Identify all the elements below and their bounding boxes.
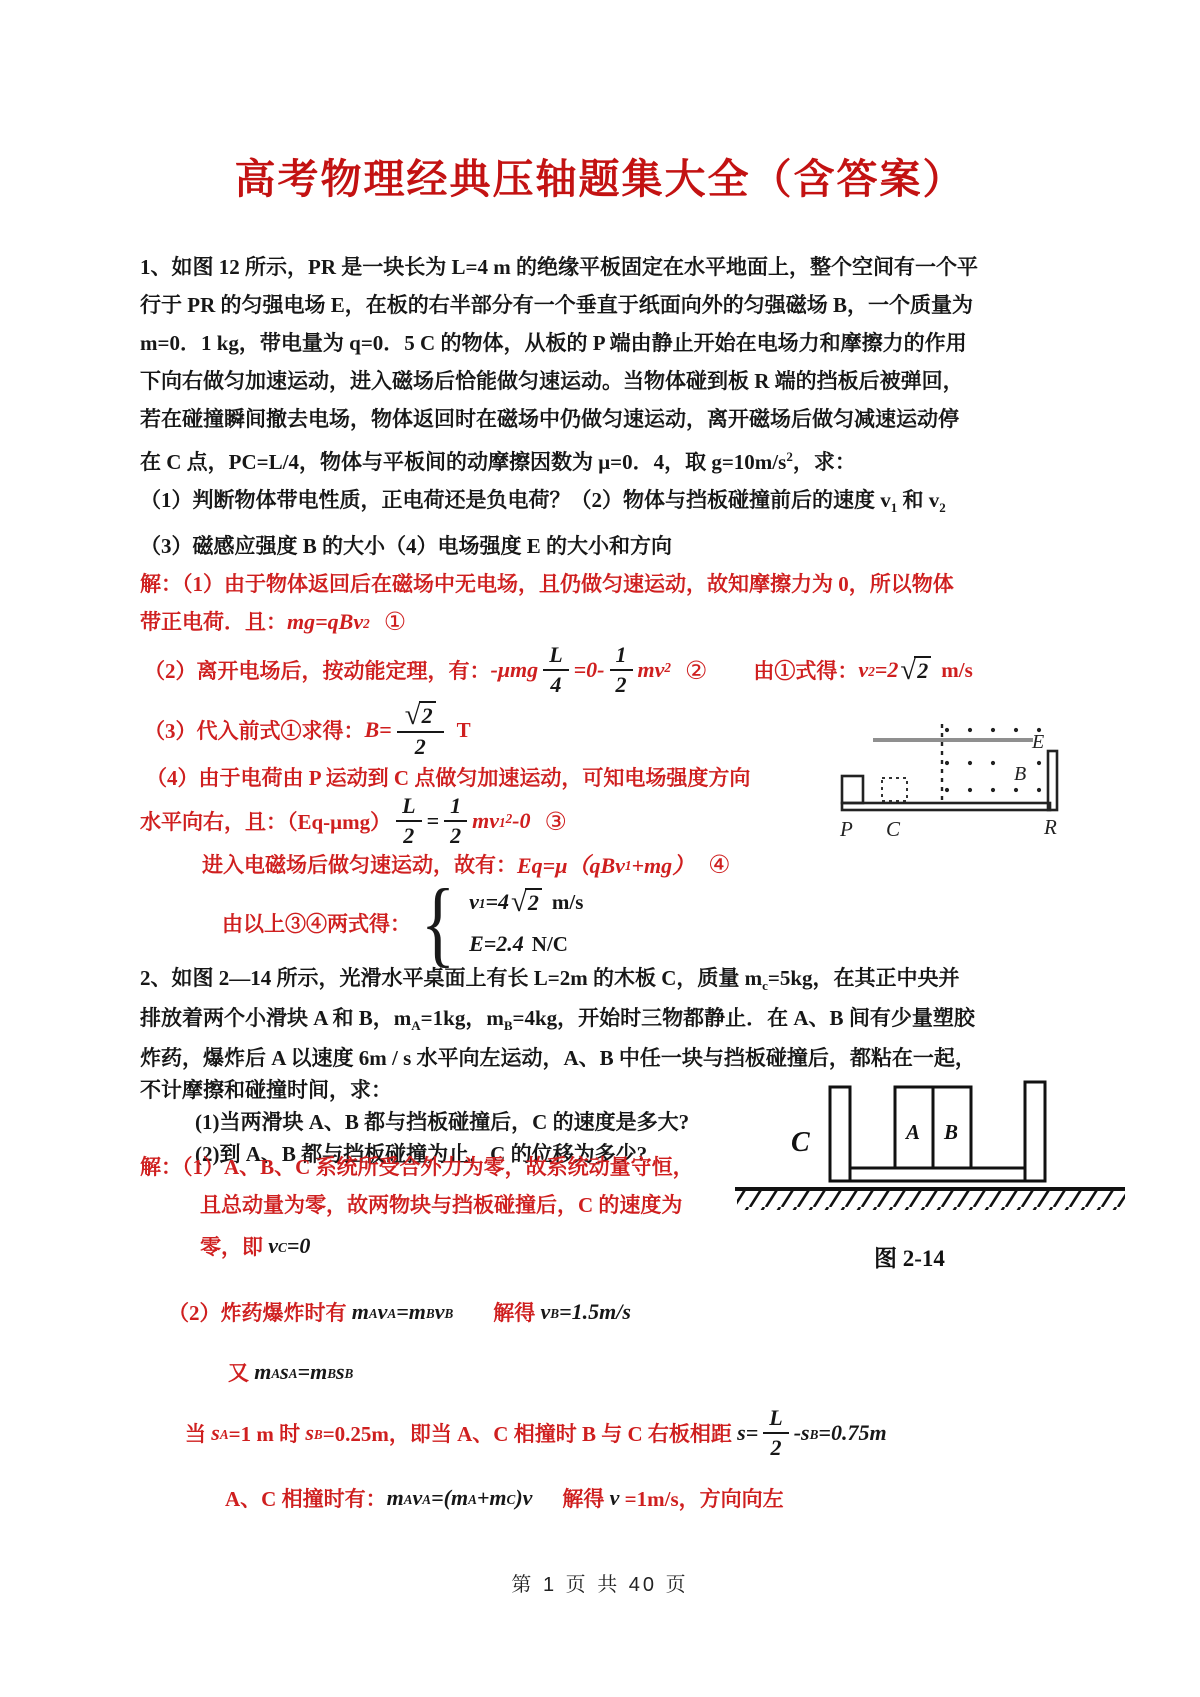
statement-line: 排放着两个小滑块 A 和 B，mA=1kg，mB=4kg，开始时三物都静止．在 … (140, 1002, 1075, 1042)
fraction: √22 (392, 701, 449, 760)
cart-c-left-wall (830, 1087, 850, 1181)
statement-line: 行于 PR 的匀强电场 E，在板的右半部分有一个垂直于纸面向外的匀强磁场 B，一… (140, 286, 1075, 324)
page-footer: 第 1 页 共 40 页 (0, 1568, 1200, 1597)
magnetic-field-dots (945, 728, 1041, 792)
unit: T (457, 718, 471, 743)
baffle-wall (1048, 751, 1057, 810)
problem-1-section: 1、如图 12 所示，PR 是一块长为 L=4 m 的绝缘平板固定在水平地面上，… (140, 248, 1075, 965)
equation: mAvA=(mA+mC)v (387, 1485, 533, 1511)
solution-line: 进入电磁场后做匀速运动，故有：Eq=μ（qBv1+mg）④ (202, 847, 1075, 881)
equation: sA (211, 1420, 228, 1446)
text-segment: 由以上③④两式得： (222, 908, 411, 938)
text-segment: 又 (228, 1357, 254, 1387)
solution-line: 解：（1）由于物体返回后在磁场中无电场，且仍做匀速运动，故知摩擦力为 0，所以物… (140, 565, 1075, 603)
fig1-label-R: R (1043, 815, 1057, 839)
equation-number: ① (384, 603, 406, 641)
equation: mv2 (638, 657, 671, 683)
unit: N/C (532, 932, 568, 957)
equation: sB (305, 1420, 322, 1446)
solution-line: 当 sA=1 m 时 sB=0.25m，即当 A、C 相撞时 B 与 C 右板相… (185, 1404, 1075, 1462)
text-segment: 当 (185, 1418, 211, 1448)
equation-system: 由以上③④两式得： { v1=4√2m/s E=2.4N/C (222, 881, 1075, 965)
fraction: 12 (605, 643, 638, 697)
figure-problem-2: C A B (733, 1075, 1133, 1215)
insulating-plate (842, 803, 1050, 810)
text-segment: =1 m 时 (229, 1418, 306, 1448)
equation: s=L2-sB=0.75m (737, 1406, 886, 1460)
statement-line: 炸药，爆炸后 A 以速度 6m / s 水平向左运动，A、B 中任一块与挡板碰撞… (140, 1042, 1075, 1074)
equation: v (610, 1485, 620, 1511)
ground-hatching (737, 1190, 1125, 1210)
solution-line: 又 mAsA=mBsB (228, 1350, 1075, 1394)
equation: Eq=μ（qBv1+mg） (517, 849, 694, 880)
unit: m/s (552, 890, 584, 915)
solution-line: A、C 相撞时有：mAvA=(mA+mC)v解得 v =1m/s，方向向左 (225, 1476, 1075, 1520)
fig2-label-A: A (904, 1120, 920, 1144)
text-segment: 解得 (562, 1483, 609, 1513)
text-segment: =1m/s，方向向左 (619, 1483, 783, 1513)
equation: mv12-0 (472, 808, 530, 834)
cart-c-bottom (830, 1168, 1045, 1181)
document-page: 高考物理经典压轴题集大全（含答案） 1、如图 12 所示，PR 是一块长为 L=… (0, 0, 1200, 1697)
page-title: 高考物理经典压轴题集大全（含答案） (0, 146, 1200, 205)
fig1-label-C: C (886, 817, 901, 841)
text-segment: 带正电荷．且： (140, 603, 287, 641)
equation: vB=1.5m/s (541, 1299, 631, 1325)
object-block (842, 776, 863, 803)
equation: mAvA=mBvB (352, 1299, 454, 1325)
statement-line: 若在碰撞瞬间撤去电场，物体返回时在磁场中仍做匀速运动，离开磁场后做匀减速运动停 (140, 400, 1075, 438)
text-segment: 解得 (493, 1297, 540, 1327)
statement-line: （1）判断物体带电性质，正电荷还是负电荷？（2）物体与挡板碰撞前后的速度 v1 … (140, 481, 1075, 527)
equation: mAsA=mBsB (254, 1359, 353, 1385)
text-segment: =0.25m，即当 A、C 相撞时 B 与 C 右板相距 (323, 1418, 737, 1448)
equation: v1=4√2 (469, 888, 544, 917)
text-segment: A、C 相撞时有： (225, 1483, 387, 1513)
fraction: L4 (538, 643, 573, 697)
equation: E=2.4 (469, 931, 524, 957)
fig2-label-C: C (791, 1127, 810, 1158)
equation: B= (365, 717, 392, 743)
statement-line: 1、如图 12 所示，PR 是一块长为 L=4 m 的绝缘平板固定在水平地面上，… (140, 248, 1075, 286)
equation: =0- (574, 657, 605, 683)
text-segment: （3）代入前式①求得： (144, 715, 365, 745)
statement-line: （3）磁感应强度 B 的大小（4）电场强度 E 的大小和方向 (140, 527, 1075, 565)
text-segment: （2）炸药爆炸时有 (168, 1297, 352, 1327)
text-segment: 进入电磁场后做匀速运动，故有： (202, 849, 517, 879)
statement-line: 2、如图 2—14 所示，光滑水平桌面上有长 L=2m 的木板 C，质量 mc=… (140, 962, 1075, 1002)
text-segment: 水平向右，且：（Eq-μmg） (140, 806, 391, 836)
solution-line: 带正电荷．且：mg=qBv2① (140, 603, 1075, 641)
fraction: L2=12 (391, 794, 472, 848)
equation-number: ② (685, 656, 707, 685)
equation-number: ④ (708, 850, 730, 879)
fig1-label-E: E (1031, 731, 1044, 753)
cart-c-right-wall (1025, 1082, 1045, 1181)
statement-line: 在 C 点，PC=L/4，物体与平板间的动摩擦因数为 μ=0．4，取 g=10m… (140, 438, 1075, 481)
text-segment: 零，即 (200, 1231, 268, 1261)
text-segment: （2）离开电场后，按动能定理，有： (144, 655, 491, 685)
equation: -μmg (491, 657, 539, 683)
case-column: v1=4√2m/s E=2.4N/C (469, 881, 583, 965)
solution-line: （2）炸药爆炸时有 mAvA=mBvB解得 vB=1.5m/s (168, 1290, 1075, 1334)
statement-line: m=0．1 kg，带电量为 q=0．5 C 的物体，从板的 P 端由静止开始在电… (140, 324, 1075, 362)
figure-2-caption: 图 2-14 (874, 1240, 945, 1273)
equation: mg=qBv2 (287, 603, 370, 641)
fig2-label-B: B (943, 1120, 958, 1144)
figure-problem-1: E B P C R (836, 674, 1068, 842)
equation: vC=0 (268, 1233, 310, 1259)
statement-line: 下向右做匀加速运动，进入磁场后恰能做匀速运动。当物体碰到板 R 端的挡板后被弹回… (140, 362, 1075, 400)
object-ghost-at-c (882, 778, 907, 801)
fig1-label-P: P (839, 817, 853, 841)
case-line: E=2.4N/C (469, 923, 583, 965)
case-line: v1=4√2m/s (469, 881, 583, 923)
equation-number: ③ (544, 807, 566, 836)
problem-1-statement: 1、如图 12 所示，PR 是一块长为 L=4 m 的绝缘平板固定在水平地面上，… (140, 248, 1075, 565)
fig1-label-B: B (1014, 763, 1026, 785)
